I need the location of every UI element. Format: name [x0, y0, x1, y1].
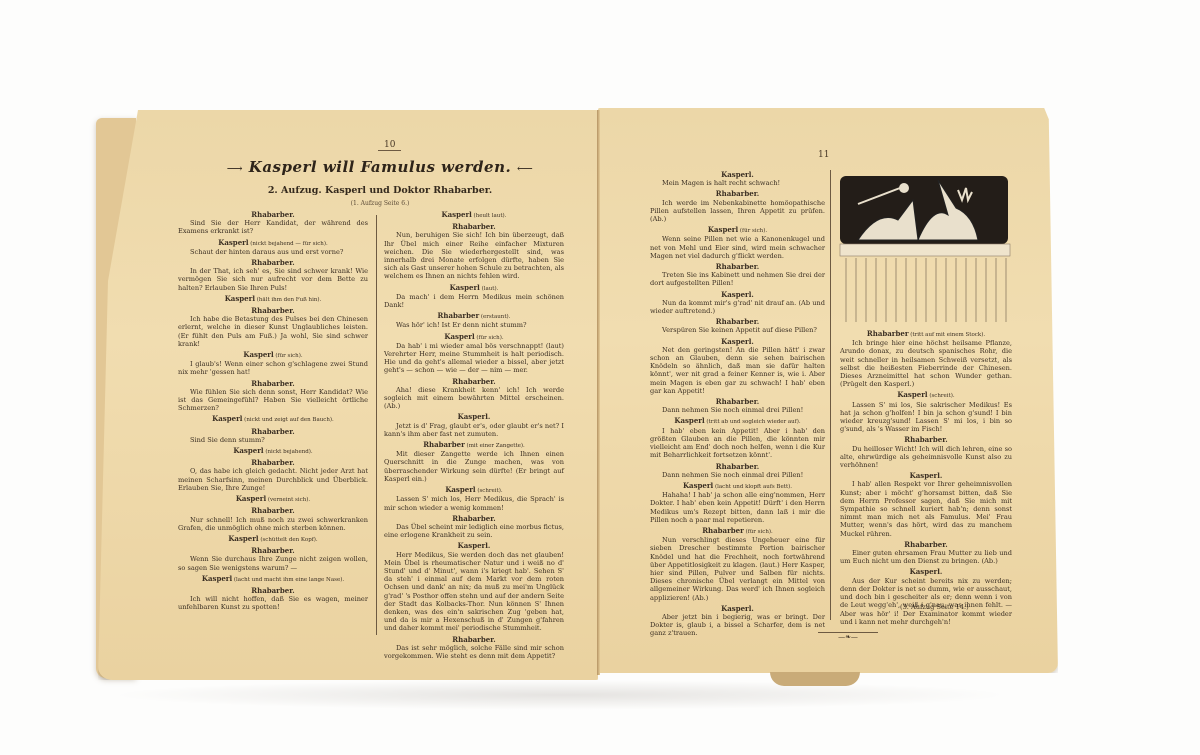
speaker-name: Rhabarber.	[178, 307, 368, 315]
speaker-name: Kasperl (für sich).	[384, 333, 564, 342]
left-page-column-1: Rhabarber.Sind Sie der Herr Kandidat, de…	[178, 208, 368, 612]
dialogue-line: Lassen S' mich los, Herr Medikus, die Sp…	[384, 495, 564, 511]
speaker-name: Rhabarber.	[384, 515, 564, 523]
stage-direction: (verneint sich).	[266, 497, 310, 503]
speaker-name: Rhabarber.	[840, 541, 1012, 549]
speaker-name: Rhabarber.	[384, 223, 564, 231]
dialogue-line: I glaub's! Wenn einer schon g'schlagene …	[178, 360, 368, 376]
act-reference: (1. Aufzug Seite 6.)	[210, 200, 550, 207]
dialogue-line: I hab' eben kein Appetit! Aber i hab' de…	[650, 427, 825, 460]
speaker-name: Rhabarber (erstaunt).	[384, 312, 564, 321]
speaker-name: Kasperl.	[384, 542, 564, 550]
dialogue-line: Aha! diese Krankheit kenn' ich! Ich werd…	[384, 386, 564, 411]
speaker-name: Kasperl (nickt bejahend).	[178, 447, 368, 456]
end-ornament: —❧—	[818, 632, 878, 641]
dialogue-line: Nur schnell! Ich muß noch zu zwei schwer…	[178, 516, 368, 532]
left-page-number: 10	[378, 140, 401, 151]
stage-direction: (mit einer Zangette).	[465, 443, 525, 449]
dialogue-line: Herr Medikus, Sie werden doch das net gl…	[384, 551, 564, 633]
dialogue-line: Nun verschlingt dieses Ungeheuer eine fü…	[650, 536, 825, 602]
dialogue-line: Dann nehmen Sie noch einmal drei Pillen!	[650, 471, 825, 479]
dialogue-line: Wie fühlen Sie sich denn sonst, Herr Kan…	[178, 388, 368, 413]
speaker-name: Rhabarber.	[178, 259, 368, 267]
column-rule	[376, 215, 377, 635]
speaker-name: Kasperl.	[650, 605, 825, 613]
stage-direction: (für sich).	[274, 353, 303, 359]
dialogue-line: Wenn Sie durchaus Ihre Zunge nicht zeige…	[178, 555, 368, 571]
dialogue-line: Schaut der hinten daraus aus und erst vo…	[178, 248, 368, 256]
speaker-name: Rhabarber (mit einer Zangette).	[384, 441, 564, 450]
book-gutter	[597, 110, 600, 675]
dialogue-line: Jetzt is d' Frag, glaubt er's, oder glau…	[384, 422, 564, 438]
speaker-name: Kasperl (hält ihm den Fuß hin).	[178, 295, 368, 304]
puppet-show-illustration	[838, 170, 1018, 330]
title-ornament-right: ⟵	[517, 162, 533, 175]
title-ornament-left: ⟶	[227, 162, 243, 175]
dialogue-line: Du heilloser Wicht! Ich will dich lehren…	[840, 445, 1012, 470]
speaker-name: Kasperl (lacht und macht ihm eine lange …	[178, 575, 368, 584]
stage-direction: (nickt bejahend — für sich).	[249, 241, 328, 247]
stage-direction: (schüttelt den Kopf).	[259, 537, 318, 543]
stage-direction: (laut).	[480, 286, 499, 292]
stage-direction: (schreit).	[928, 393, 955, 399]
dialogue-line: Mein Magen is halt recht schwach!	[650, 179, 825, 187]
right-page-number: 11	[818, 150, 829, 160]
stage-direction: (tritt ab und sogleich wieder auf).	[705, 419, 801, 425]
column-rule	[830, 170, 831, 620]
dialogue-line: Das Übel scheint mir lediglich eine morb…	[384, 523, 564, 539]
dialogue-line: Nun da kommt mir's g'rad' nit drauf an. …	[650, 299, 825, 315]
dialogue-line: I hab' allen Respekt vor Ihrer geheimnis…	[840, 480, 1012, 537]
speaker-name: Kasperl (schreit).	[840, 391, 1012, 400]
dialogue-line: Treten Sie ins Kabinett und nehmen Sie d…	[650, 271, 825, 287]
speaker-name: Kasperl (für sich).	[178, 351, 368, 360]
dialogue-line: Sind Sie der Herr Kandidat, der während …	[178, 219, 368, 235]
speaker-name: Rhabarber.	[178, 459, 368, 467]
speaker-name: Rhabarber.	[178, 428, 368, 436]
speaker-name: Rhabarber.	[650, 263, 825, 271]
speaker-name: Rhabarber (für sich).	[650, 527, 825, 536]
speaker-name: Rhabarber.	[650, 318, 825, 326]
dialogue-line: Einer guten ehrsamen Frau Mutter zu lieb…	[840, 549, 1012, 565]
dialogue-line: Ich habe die Betastung des Pulses bei de…	[178, 315, 368, 348]
dialogue-line: Dann nehmen Sie noch einmal drei Pillen!	[650, 406, 825, 414]
dialogue-line: Lassen S' mi los, Sie sakrischer Medikus…	[840, 401, 1012, 434]
speaker-name: Rhabarber.	[178, 507, 368, 515]
speaker-name: Kasperl.	[650, 338, 825, 346]
dialogue-line: In der That, ich seh' es, Sie sind schwe…	[178, 267, 368, 292]
stage-direction: (nickt und zeigt auf den Bauch).	[242, 417, 333, 423]
speaker-name: Kasperl (heult laut).	[384, 211, 564, 220]
speaker-name: Kasperl (schreit).	[384, 486, 564, 495]
speaker-name: Rhabarber.	[384, 378, 564, 386]
stage-direction: (erstaunt).	[479, 314, 510, 320]
act-subtitle: 2. Aufzug. Kasperl und Doktor Rhabarber.	[210, 185, 550, 196]
speaker-name: Kasperl (nickt und zeigt auf den Bauch).	[178, 415, 368, 424]
dialogue-line: Da hab' i mi wieder amal bös verschnappt…	[384, 342, 564, 375]
dialogue-line: Da mach' i dem Herrn Medikus mein schöne…	[384, 293, 564, 309]
right-page-column-2: Rhabarber (tritt auf mit einem Stock).Ic…	[840, 327, 1012, 626]
speaker-name: Kasperl.	[840, 568, 1012, 576]
dialogue-line: Mit dieser Zangette werde ich Ihnen eine…	[384, 450, 564, 483]
left-page-column-2: Kasperl (heult laut).Rhabarber.Nun, beru…	[384, 208, 564, 660]
dialogue-line: Ich will nicht hoffen, daß Sie es wagen,…	[178, 595, 368, 611]
stage-direction: (tritt auf mit einem Stock).	[909, 332, 986, 338]
speaker-name: Kasperl.	[650, 291, 825, 299]
stage-direction: (für sich).	[738, 228, 767, 234]
speaker-name: Rhabarber.	[178, 587, 368, 595]
speaker-name: Rhabarber (tritt auf mit einem Stock).	[840, 330, 1012, 339]
table-shadow	[110, 680, 1010, 710]
speaker-name: Rhabarber.	[178, 547, 368, 555]
dialogue-line: Ich bringe hier eine höchst heilsame Pfl…	[840, 339, 1012, 388]
stage-direction: (für sich).	[475, 335, 504, 341]
stage-direction: (lacht und klopft aufs Bett).	[713, 484, 792, 490]
speaker-name: Kasperl (verneint sich).	[178, 495, 368, 504]
speaker-name: Rhabarber.	[840, 436, 1012, 444]
stage-direction: (lacht und macht ihm eine lange Nase).	[232, 577, 344, 583]
speaker-name: Rhabarber.	[178, 380, 368, 388]
dialogue-line: Hahaha! I hab' ja schon alle eing'nommen…	[650, 491, 825, 524]
dialogue-line: O, das habe ich gleich gedacht. Nicht je…	[178, 467, 368, 492]
dialogue-line: Das ist sehr möglich, solche Fälle sind …	[384, 644, 564, 660]
speaker-name: Kasperl.	[840, 472, 1012, 480]
speaker-name: Kasperl (lacht und klopft aufs Bett).	[650, 482, 825, 491]
dialogue-line: Sind Sie denn stumm?	[178, 436, 368, 444]
dialogue-line: Wenn seine Pillen net wie a Kanonenkugel…	[650, 235, 825, 260]
stage-direction: (nickt bejahend).	[264, 449, 313, 455]
stage-direction: (für sich).	[744, 529, 773, 535]
dialogue-line: Ich werde im Nebenkabinette homöopathisc…	[650, 199, 825, 224]
speaker-name: Rhabarber.	[650, 398, 825, 406]
speaker-name: Rhabarber.	[650, 463, 825, 471]
speaker-name: Kasperl (nickt bejahend — für sich).	[178, 239, 368, 248]
speaker-name: Rhabarber.	[384, 636, 564, 644]
speaker-name: Rhabarber.	[178, 211, 368, 219]
right-page-column-1: Kasperl.Mein Magen is halt recht schwach…	[650, 168, 825, 638]
speaker-name: Kasperl.	[384, 413, 564, 421]
dialogue-line: Nun, beruhigen Sie sich! Ich bin überzeu…	[384, 231, 564, 280]
dialogue-line: Aber jetzt bin i begierig, was er bringt…	[650, 613, 825, 638]
dialogue-line: Verspüren Sie keinen Appetit auf diese P…	[650, 326, 825, 334]
speaker-name: Kasperl (schüttelt den Kopf).	[178, 535, 368, 544]
speaker-name: Kasperl (laut).	[384, 284, 564, 293]
speaker-name: Kasperl (für sich).	[650, 226, 825, 235]
stage-direction: (schreit).	[476, 488, 503, 494]
chapter-title-text: Kasperl will Famulus werden.	[249, 158, 511, 176]
dialogue-line: Aus der Kur scheint bereits nix zu werde…	[840, 577, 1012, 626]
chapter-title: ⟶ Kasperl will Famulus werden. ⟵	[210, 158, 550, 176]
dialogue-line: Was hör' ich! Ist Er denn nicht stumm?	[384, 321, 564, 329]
speaker-name: Kasperl.	[650, 171, 825, 179]
speaker-name: Rhabarber.	[650, 190, 825, 198]
dialogue-line: Net den geringsten! An die Pillen hätt' …	[650, 346, 825, 395]
spine-edge	[770, 672, 860, 686]
act-continuation-note: (3. Aufzug Seite 14.)	[900, 603, 969, 611]
stage-direction: (hält ihm den Fuß hin).	[255, 297, 321, 303]
speaker-name: Kasperl (tritt ab und sogleich wieder au…	[650, 417, 825, 426]
stage-direction: (heult laut).	[472, 213, 507, 219]
